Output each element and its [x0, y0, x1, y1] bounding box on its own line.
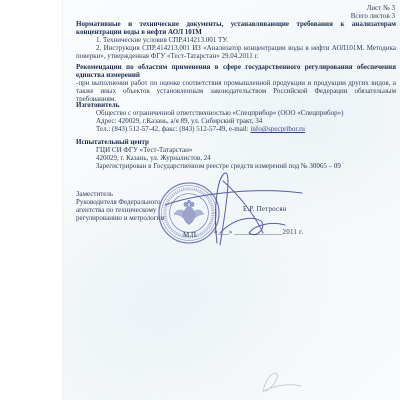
test-center-name: ГЦИ СИ ФГУ «Тест-Татарстан» — [76, 146, 396, 154]
faint-squiggle-icon — [251, 366, 303, 396]
manufacturer-address: Адрес: 420029, г.Казань, а/я 89, ул. Сиб… — [76, 117, 396, 125]
recommendations-heading: Рекомендации по областям применения в сф… — [76, 63, 396, 79]
manufacturer-contacts-text: Тел.: (843) 512-57-42, факс: (843) 512-5… — [96, 125, 250, 133]
section-recommendations: Рекомендации по областям применения в сф… — [76, 63, 396, 103]
section-manufacturer: Изготовитель Общество с ограниченной отв… — [76, 101, 396, 133]
signer-name: Е.Р. Петросян — [243, 205, 287, 213]
faint-signature-mark — [251, 366, 303, 396]
date-line: «___» _____________2011 г. — [214, 228, 303, 236]
normative-item-2: 2. Инструкция СПР.414213.001 ИЗ «Анализа… — [76, 44, 396, 60]
manufacturer-email: info@specpribor.ru — [250, 125, 304, 133]
stamp-place-caption: М.П. — [183, 231, 198, 239]
manufacturer-company: Общество с ограниченной ответственностью… — [76, 109, 396, 117]
section-normative-docs: Нормативные и технические документы, уст… — [76, 20, 396, 60]
scanned-document: Лист № 3 Всего листов 3 Нормативные и те… — [0, 0, 400, 400]
document-page: Лист № 3 Всего листов 3 Нормативные и те… — [62, 0, 400, 400]
normative-item-1: 1. Технические условия СПР.414213.001 ТУ… — [76, 36, 396, 44]
manufacturer-contacts: Тел.: (843) 512-57-42, факс: (843) 512-5… — [76, 125, 396, 133]
recommendations-body: -при выполнении работ по оценке соответс… — [76, 79, 396, 103]
sheet-total: Всего листов 3 — [351, 12, 395, 20]
test-center-address: 420029, г. Казань, ул. Журналистов, 24 — [76, 154, 396, 162]
normative-heading: Нормативные и технические документы, уст… — [76, 20, 396, 36]
test-center-heading: Испытательный центр — [76, 138, 396, 146]
manufacturer-heading: Изготовитель — [76, 101, 396, 109]
sheet-counter: Лист № 3 Всего листов 3 — [351, 4, 395, 20]
sheet-number: Лист № 3 — [351, 4, 395, 12]
